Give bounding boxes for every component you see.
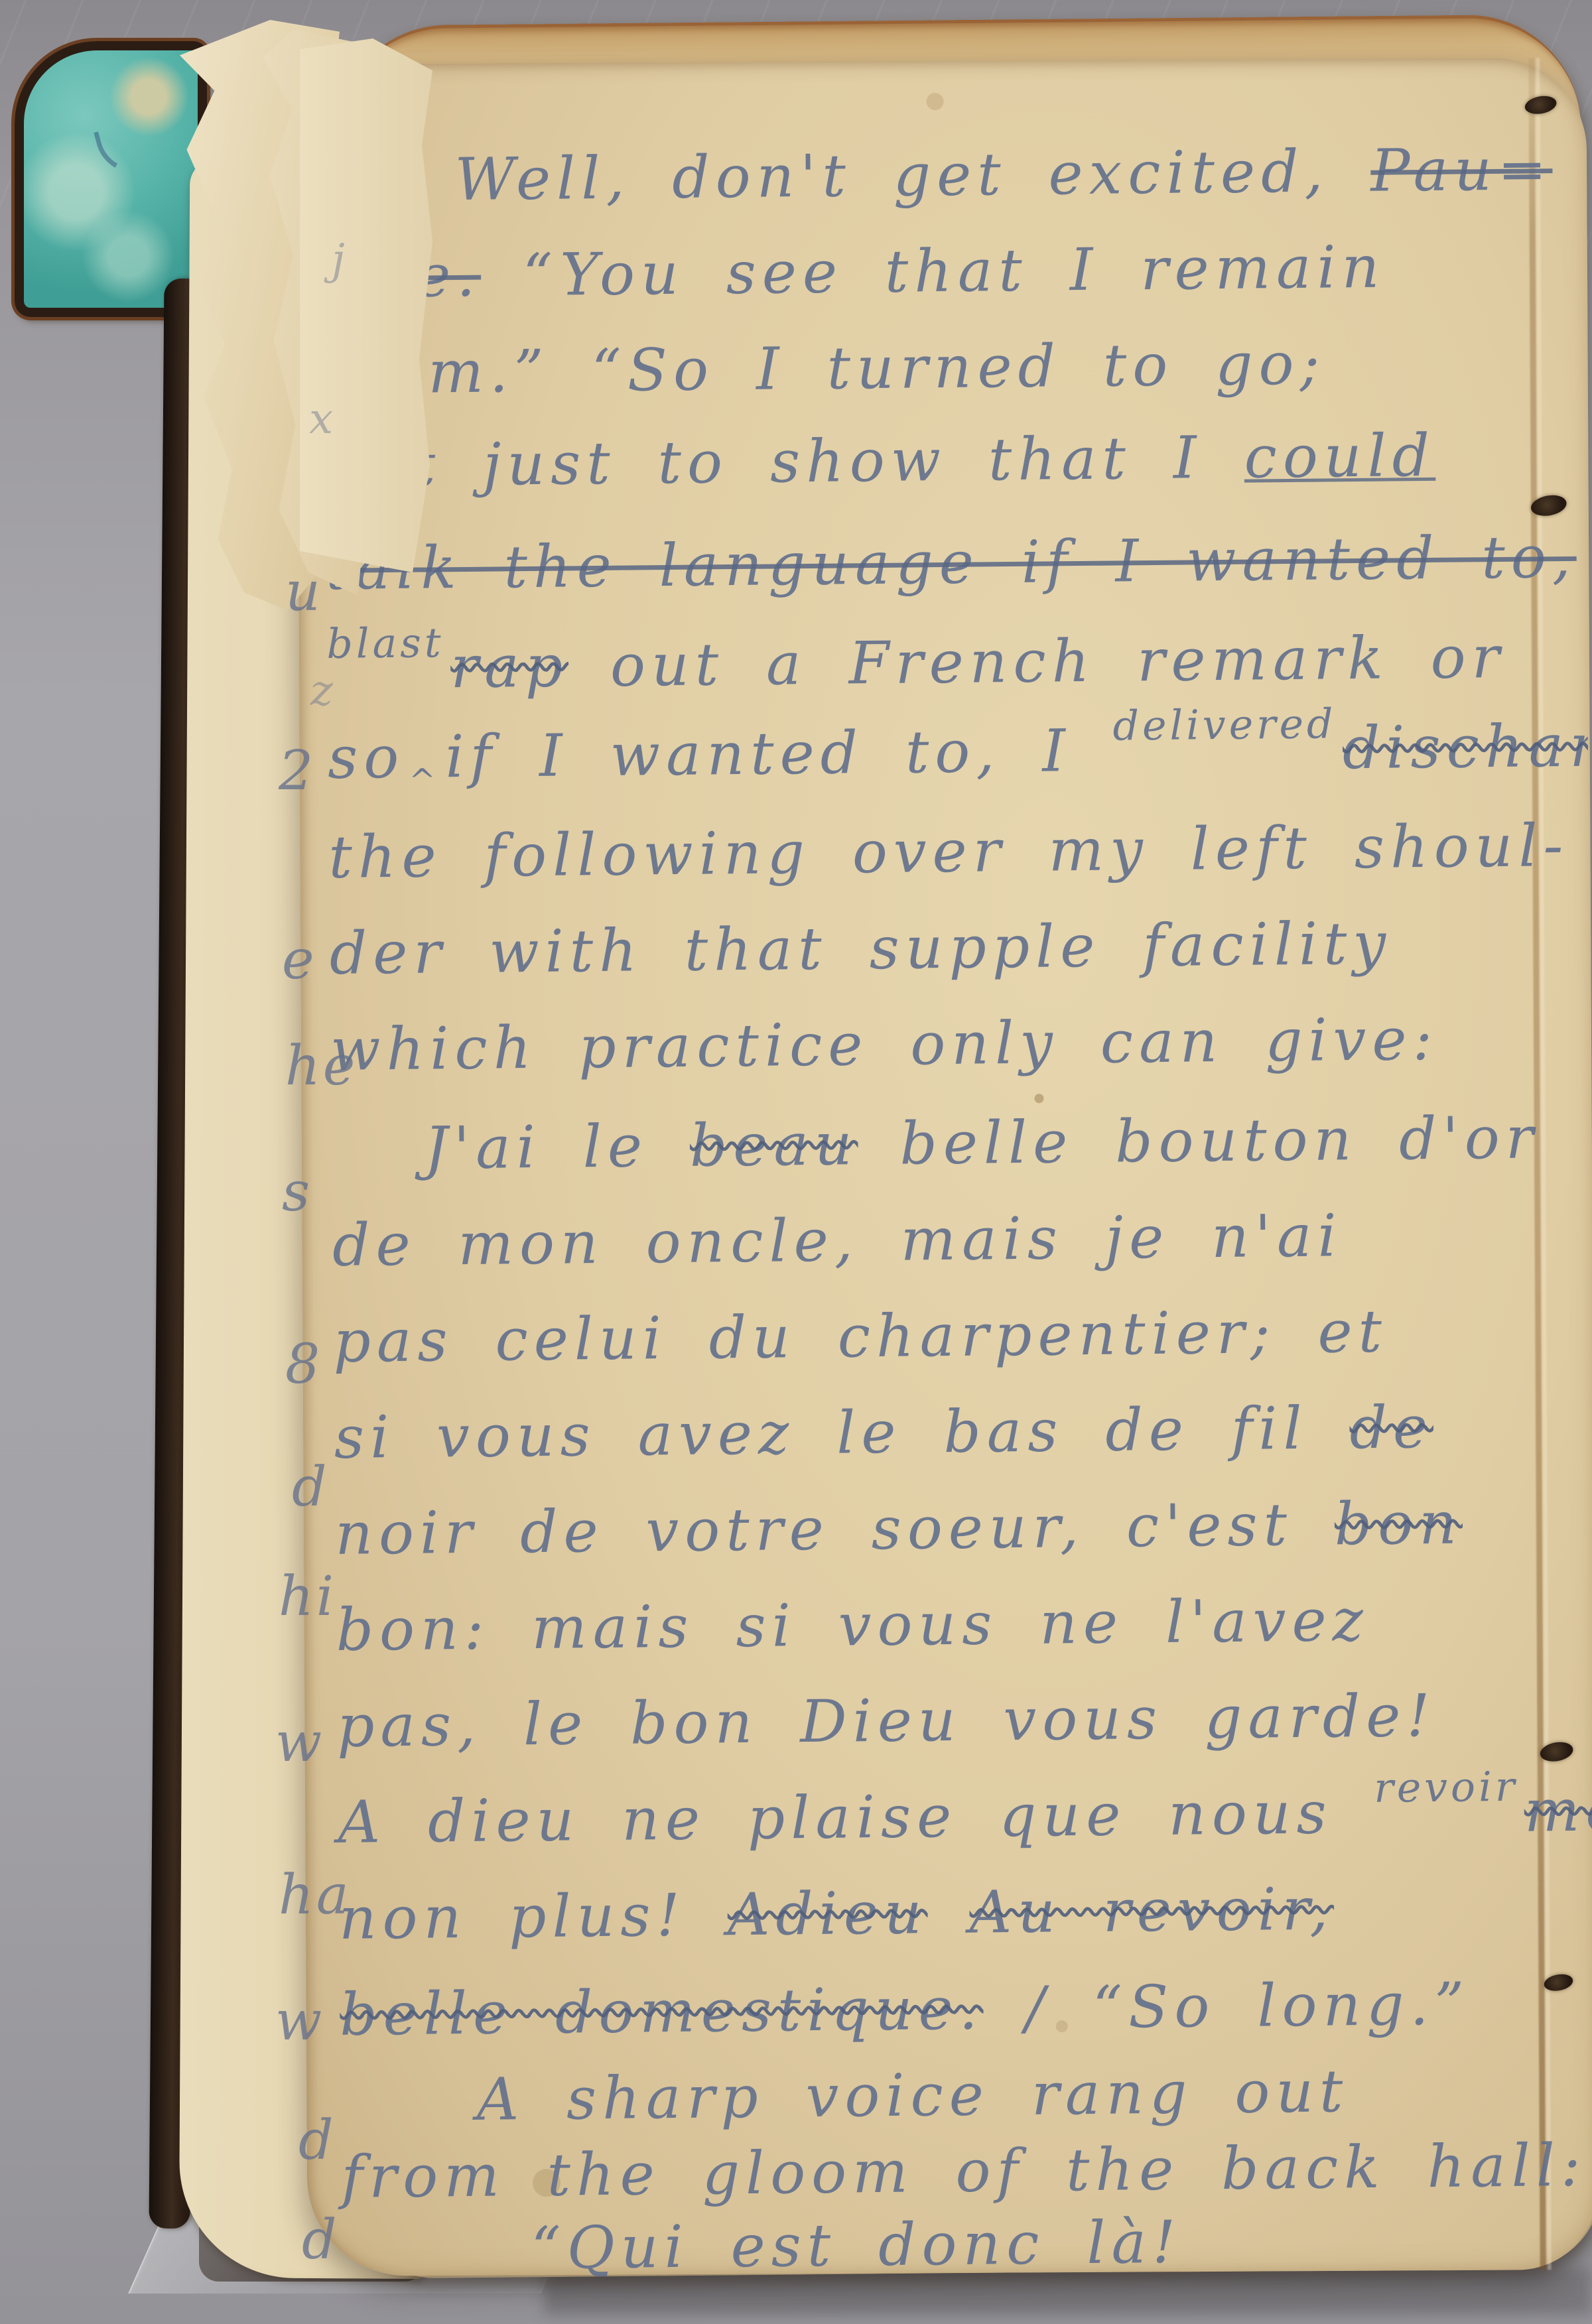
margin-fragment: d	[302, 2209, 340, 2272]
margin-fragment: w	[275, 1990, 324, 2053]
margin-fragment: d	[292, 1456, 330, 1519]
margin-fragment: z	[310, 667, 336, 716]
margin-fragment: 8	[285, 1333, 322, 1396]
margin-fragment: ha	[279, 1864, 352, 1927]
margin-fragment: j	[332, 235, 348, 285]
margin-fragment: hi	[279, 1565, 336, 1628]
margin-fragment: w	[275, 1711, 324, 1774]
margin-fragment: s	[282, 1161, 312, 1224]
margin-fragment: he	[285, 1035, 358, 1098]
margin-fragment: x	[309, 395, 336, 444]
margin-fragment: e	[282, 929, 317, 992]
margin-fragment: 2	[279, 740, 316, 803]
margin-fragment: u	[285, 560, 323, 623]
margin-fragments-layer: u2ehes8dhiwhawddjxz	[0, 0, 1592, 2324]
margin-fragment: d	[298, 2109, 336, 2172]
